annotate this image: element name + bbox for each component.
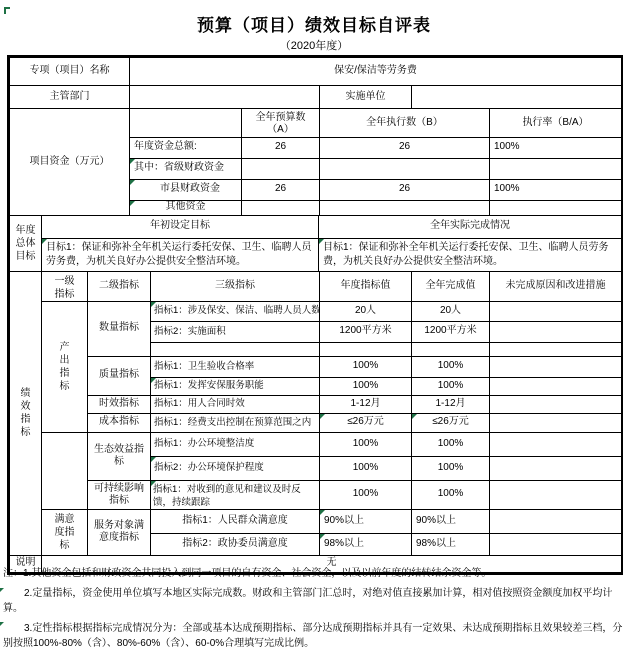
funding-provincial-budget	[242, 158, 320, 179]
annual-value-text: 90%以上	[324, 515, 364, 526]
level3-cell: 指标1：人民群众满意度	[151, 509, 320, 533]
indicators-header-row: 绩效指标 一级指标 二级指标 三级指标 年度指标值 全年完成值 未完成原因和改进…	[10, 271, 622, 301]
funding-provincial-rate	[490, 158, 622, 179]
header-done-value: 全年完成值	[412, 271, 490, 301]
goal-header-row: 年度总体目标 年初设定目标 全年实际完成情况	[10, 215, 622, 238]
done-value-cell	[412, 342, 490, 356]
cell-flag-icon	[320, 414, 325, 419]
annual-value-cell: 100%	[320, 356, 412, 377]
done-value-cell: 20人	[412, 301, 490, 321]
note-3: 3.定性指标根据指标完成情况分为：全部或基本达成预期指标、部分达成预期指标并具有…	[3, 621, 623, 651]
group-output: 产出指标	[42, 301, 88, 432]
level3-cell: 指标1：涉及保安、保洁、临聘人员人数	[151, 301, 320, 321]
indicator-row: 可持续影响指标 指标1：对收到的意见和建议及时反馈，持续跟踪 100% 100%	[10, 480, 622, 509]
done-value-cell: 1-12月	[412, 395, 490, 413]
cell-flag-icon	[319, 239, 324, 244]
funding-other-execution	[320, 200, 490, 215]
done-value-cell: 100%	[412, 480, 490, 509]
level3-cell: 指标1：办公环境整洁度	[151, 432, 320, 456]
cell-flag-icon	[130, 201, 135, 206]
level3-cell: 指标1：用人合同时效	[151, 395, 320, 413]
indicators-row-label: 绩效指标	[10, 271, 42, 555]
done-value-cell: 98%以上	[412, 533, 490, 555]
goal-planned-value: 目标1：保证和弥补全年机关运行委托安保、卫生、临聘人员劳务费，为机关良好办公提供…	[42, 238, 319, 271]
section-indicators: 绩效指标 一级指标 二级指标 三级指标 年度指标值 全年完成值 未完成原因和改进…	[9, 271, 622, 556]
reason-cell	[490, 321, 622, 342]
indicator-row: 产出指标 数量指标 指标1：涉及保安、保洁、临聘人员人数 20人 20人	[10, 301, 622, 321]
funding-other-label: 其他资金	[130, 200, 242, 215]
funding-total-execution: 26	[320, 137, 490, 158]
project-name-value: 保安/保洁等劳务费	[130, 58, 622, 86]
funding-total-label: 年度资金总额:	[130, 137, 242, 158]
reason-cell	[490, 533, 622, 555]
dept-value	[130, 86, 320, 109]
funding-header-budget-text: 全年预算数（A）	[252, 112, 310, 136]
annual-value-text: 98%以上	[324, 538, 364, 549]
level3-text: 指标1：发挥安保服务职能	[154, 380, 264, 391]
goal-planned-header: 年初设定目标	[42, 215, 319, 238]
cell-flag-icon	[320, 534, 325, 539]
header-level1-text: 一级指标	[52, 275, 78, 301]
funding-total-budget: 26	[242, 137, 320, 158]
group-cost: 成本指标	[88, 413, 151, 432]
page-subtitle: （2020年度）	[0, 37, 628, 53]
funding-city-label-text: 市县财政资金	[160, 183, 220, 194]
annual-value-cell: 98%以上	[320, 533, 412, 555]
indicator-row: 满意度指标 服务对象满意度指标 指标1：人民群众满意度 90%以上 90%以上	[10, 509, 622, 533]
annual-value-cell: 20人	[320, 301, 412, 321]
reason-cell	[490, 480, 622, 509]
funding-city-execution: 26	[320, 179, 490, 200]
done-value-cell: 100%	[412, 377, 490, 395]
header-level3: 三级指标	[151, 271, 320, 301]
reason-cell	[490, 301, 622, 321]
reason-cell	[490, 377, 622, 395]
level3-cell: 指标1：对收到的意见和建议及时反馈，持续跟踪	[151, 480, 320, 509]
funding-row-label: 项目资金（万元）	[10, 109, 130, 216]
annual-value-cell: 100%	[320, 480, 412, 509]
funding-header-empty	[130, 109, 242, 138]
reason-cell	[490, 432, 622, 456]
goal-row-label: 年度总体目标	[10, 215, 42, 271]
done-value-cell: 90%以上	[412, 509, 490, 533]
group-timeliness: 时效指标	[88, 395, 151, 413]
cell-flag-icon	[130, 180, 135, 185]
indicator-row: 生态效益指标 指标1：办公环境整洁度 100% 100%	[10, 432, 622, 456]
section-project-info: 专项（项目）名称 保安/保洁等劳务费 主管部门 实施单位	[9, 57, 622, 109]
funding-header-row: 项目资金（万元） 全年预算数（A） 全年执行数（B） 执行率（B/A）	[10, 109, 622, 138]
indicator-row: 质量指标 指标1：卫生验收合格率 100% 100%	[10, 356, 622, 377]
group-satisfaction-text: 满意度指标	[52, 513, 78, 552]
reason-cell	[490, 413, 622, 432]
cell-flag-icon	[151, 481, 156, 486]
cell-flag-icon	[412, 414, 417, 419]
level3-text: 指标1：涉及保安、保洁、临聘人员人数	[154, 305, 320, 316]
group-eco: 生态效益指标	[88, 432, 151, 480]
unit-label: 实施单位	[320, 86, 412, 109]
project-name-label: 专项（项目）名称	[10, 58, 130, 86]
header-level1: 一级指标	[42, 271, 88, 301]
note-1: 注：1.其他资金包括和财政资金共同投入到同一项目的自有资金、社会资金，以及以前年…	[3, 566, 623, 581]
goal-row-label-text: 年度总体目标	[13, 224, 39, 263]
level3-cell: 指标1：卫生验收合格率	[151, 356, 320, 377]
header-level2: 二级指标	[88, 271, 151, 301]
cell-flag-icon	[151, 302, 156, 307]
funding-provincial-execution	[320, 158, 490, 179]
cell-flag-icon	[130, 159, 135, 164]
project-name-row: 专项（项目）名称 保安/保洁等劳务费	[10, 58, 622, 86]
annual-value-cell: 100%	[320, 377, 412, 395]
funding-city-rate: 100%	[490, 179, 622, 200]
done-value-cell: 100%	[412, 456, 490, 480]
reason-cell	[490, 395, 622, 413]
footnotes: 注：1.其他资金包括和财政资金共同投入到同一项目的自有资金、社会资金，以及以前年…	[3, 566, 623, 656]
dept-label: 主管部门	[10, 86, 130, 109]
reason-cell	[490, 456, 622, 480]
reason-cell	[490, 509, 622, 533]
section-funding: 项目资金（万元） 全年预算数（A） 全年执行数（B） 执行率（B/A） 年度资金…	[9, 108, 622, 216]
goal-actual-text: 目标1：保证和弥补全年机关运行委托安保、卫生、临聘人员劳务费，为机关良好办公提供…	[323, 242, 609, 267]
level3-cell: 指标1：发挥安保服务职能	[151, 377, 320, 395]
annual-value-cell: 90%以上	[320, 509, 412, 533]
reason-cell	[490, 356, 622, 377]
note-flag-icon	[0, 588, 4, 592]
group-sustain: 可持续影响指标	[88, 480, 151, 509]
indicator-row: 成本指标 指标1：经费支出控制在预算范围之内 ≤26万元 ≤26万元	[10, 413, 622, 432]
annual-value-cell: 1-12月	[320, 395, 412, 413]
group-benefit	[42, 432, 88, 509]
annual-value-text: ≤26万元	[347, 416, 384, 427]
cell-flag-icon	[151, 457, 156, 462]
done-value-cell: 1200平方米	[412, 321, 490, 342]
section-annual-goal: 年度总体目标 年初设定目标 全年实际完成情况 目标1：保证和弥补全年机关运行委托…	[9, 215, 622, 272]
group-quantity: 数量指标	[88, 301, 151, 356]
annual-value-cell	[320, 342, 412, 356]
indicator-row: 时效指标 指标1：用人合同时效 1-12月 1-12月	[10, 395, 622, 413]
unit-value	[412, 86, 622, 109]
department-row: 主管部门 实施单位	[10, 86, 622, 109]
note-2: 2.定量指标，资金使用单位填写本地区实际完成数。财政和主管部门汇总时，对绝对值直…	[3, 586, 623, 616]
goal-content-row: 目标1：保证和弥补全年机关运行委托安保、卫生、临聘人员劳务费，为机关良好办公提供…	[10, 238, 622, 271]
funding-header-execution: 全年执行数（B）	[320, 109, 490, 138]
funding-city-label: 市县财政资金	[130, 179, 242, 200]
funding-other-rate	[490, 200, 622, 215]
annual-value-cell: 1200平方米	[320, 321, 412, 342]
done-value-cell: ≤26万元	[412, 413, 490, 432]
group-satisfaction: 满意度指标	[42, 509, 88, 555]
funding-header-rate: 执行率（B/A）	[490, 109, 622, 138]
group-quality: 质量指标	[88, 356, 151, 395]
level3-text: 指标2：办公环境保护程度	[154, 462, 264, 473]
level3-text: 指标1：对收到的意见和建议及时反馈，持续跟踪	[153, 484, 301, 508]
annual-value-cell: 100%	[320, 456, 412, 480]
funding-total-rate: 100%	[490, 137, 622, 158]
level3-cell: 指标2：办公环境保护程度	[151, 456, 320, 480]
level3-cell: 指标2：政协委员满意度	[151, 533, 320, 555]
done-value-cell: 100%	[412, 356, 490, 377]
funding-city-budget: 26	[242, 179, 320, 200]
goal-planned-text: 目标1：保证和弥补全年机关运行委托安保、卫生、临聘人员劳务费，为机关良好办公提供…	[46, 242, 312, 267]
funding-other-budget	[242, 200, 320, 215]
group-output-text: 产出指标	[58, 341, 71, 393]
funding-other-label-text: 其他资金	[166, 201, 206, 212]
cell-flag-icon	[320, 510, 325, 515]
header-annual-value: 年度指标值	[320, 271, 412, 301]
goal-actual-value: 目标1：保证和弥补全年机关运行委托安保、卫生、临聘人员劳务费，为机关良好办公提供…	[319, 238, 622, 271]
page-title: 预算（项目）绩效目标自评表	[0, 11, 628, 36]
level3-cell: 指标1：经费支出控制在预算范围之内	[151, 413, 320, 432]
funding-provincial-label: 其中：省级财政资金	[130, 158, 242, 179]
funding-provincial-label-text: 其中：省级财政资金	[134, 162, 224, 173]
level3-cell	[151, 342, 320, 356]
reason-cell	[490, 342, 622, 356]
annual-value-cell: ≤26万元	[320, 413, 412, 432]
indicators-row-label-text: 绩效指标	[19, 387, 32, 439]
goal-actual-header: 全年实际完成情况	[319, 215, 622, 238]
group-service: 服务对象满意度指标	[88, 509, 151, 555]
cell-flag-icon	[151, 378, 156, 383]
done-value-cell: 100%	[412, 432, 490, 456]
cell-flag-icon	[42, 239, 47, 244]
funding-header-budget: 全年预算数（A）	[242, 109, 320, 138]
annual-value-cell: 100%	[320, 432, 412, 456]
level3-cell: 指标2：实施面积	[151, 321, 320, 342]
done-value-text: ≤26万元	[432, 416, 469, 427]
header-reason: 未完成原因和改进措施	[490, 271, 622, 301]
self-evaluation-table: 专项（项目）名称 保安/保洁等劳务费 主管部门 实施单位 项目资金（万元） 全年…	[7, 55, 623, 575]
note-flag-icon	[0, 622, 4, 626]
